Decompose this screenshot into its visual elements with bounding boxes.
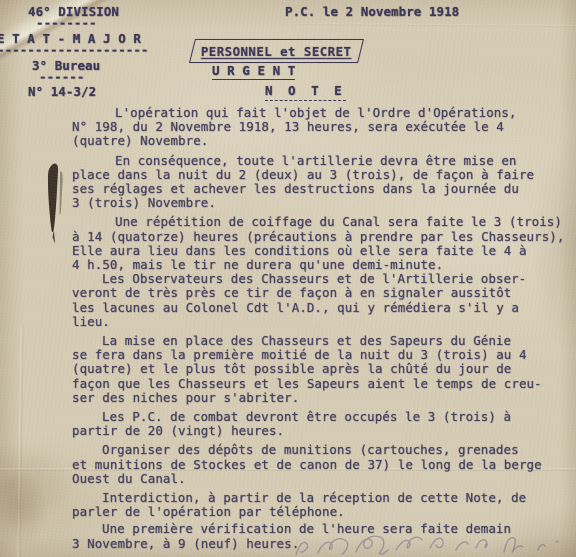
vertical-crease [17, 325, 23, 557]
document-page: 46° DIVISION -------- E T A T - M A J O … [0, 0, 576, 557]
document-title: N O T E [265, 84, 346, 101]
bureau-rule: ------ [39, 70, 84, 84]
unit-rule: -------- [36, 16, 97, 30]
paragraph-repetition: Une répétition de coiffage du Canal sera… [72, 215, 576, 272]
horizontal-crease-top [295, 23, 576, 27]
ink-smudge [42, 158, 74, 248]
reference-number: N° 14-3/2 [28, 85, 96, 99]
paragraph-observateurs: Les Observateurs des Chasseurs et de l'A… [72, 272, 576, 329]
paragraph-interdiction: Interdiction, à partir de la réception d… [72, 491, 576, 519]
paragraph-depots-munitions: Organiser des dépôts de munitions (carto… [72, 443, 576, 486]
paragraph-artillerie: En conséquence, toute l'artillerie devra… [72, 154, 576, 211]
paragraph-operation: L'opération qui fait l'objet de l'Ordre … [72, 106, 576, 149]
paper-stain [0, 468, 48, 548]
paragraph-mise-en-place: La mise en place des Chasseurs et des Sa… [72, 334, 576, 405]
staff-rule: -------------------- [0, 43, 149, 57]
document-body: L'opération qui fait l'objet de l'Ordre … [72, 106, 576, 556]
urgency-stamp: U R G E N T [212, 64, 295, 80]
classification-stamp-label: PERSONNEL et SECRET [201, 44, 352, 59]
place-date: P.C. le 2 Novembre 1918 [285, 5, 459, 19]
handwritten-signature [290, 528, 576, 557]
classification-stamp-box: PERSONNEL et SECRET [189, 39, 364, 63]
paragraph-pc-combat: Les P.C. de combat devront être occupés … [72, 410, 576, 438]
